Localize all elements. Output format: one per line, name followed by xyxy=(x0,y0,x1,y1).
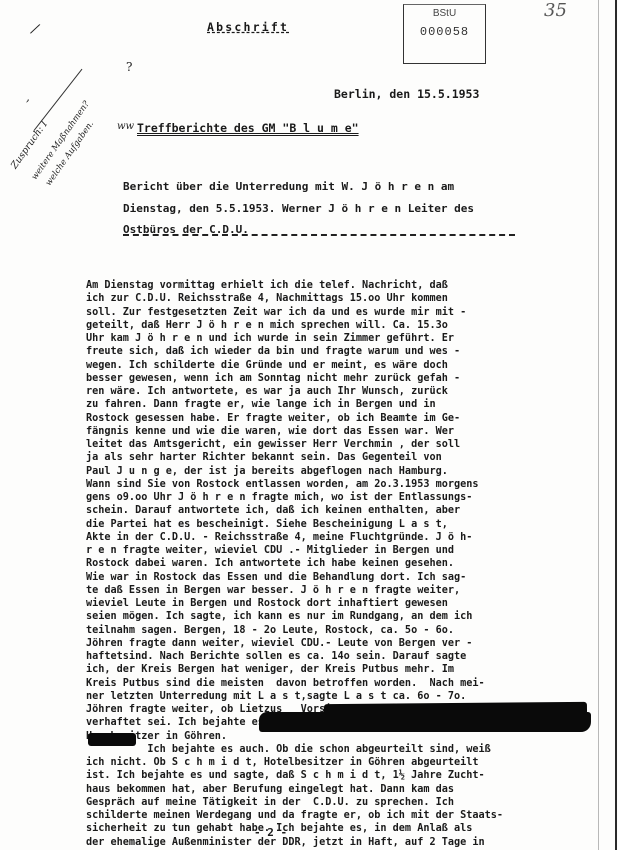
redaction-bar xyxy=(259,712,591,732)
body-line: haus bekommen hat, aber Berufung eingele… xyxy=(86,783,586,796)
body-line: seien mögen. Ich sagte, ich kann es nur … xyxy=(86,610,586,623)
report-body: Am Dienstag vormittag erhielt ich die te… xyxy=(86,279,586,849)
body-line: teilnahm sagen. Bergen, 18 - 2o Leute, R… xyxy=(86,624,586,637)
folio-number: 35 xyxy=(544,0,567,21)
redaction-bar xyxy=(88,733,136,746)
body-line: Kreis Putbus sind die meisten davon betr… xyxy=(86,677,586,690)
scan-edge-border xyxy=(615,0,617,850)
body-line: Am Dienstag vormittag erhielt ich die te… xyxy=(86,279,586,292)
document-header-title: Abschrift xyxy=(207,20,289,34)
dateline: Berlin, den 15.5.1953 xyxy=(334,87,479,101)
body-line: fängnis kenne und wie die waren, wie dor… xyxy=(86,425,586,438)
body-line: besser gewesen, wenn ich am Sonntag nich… xyxy=(86,372,586,385)
archive-stamp-number: 000058 xyxy=(404,25,485,39)
body-line: zu fahren. Dann fragte er, wie lange ich… xyxy=(86,398,586,411)
body-line: geteilt, daß Herr J ö h r e n mich sprec… xyxy=(86,319,586,332)
body-line: freute sich, daß ich wieder da bin und f… xyxy=(86,345,586,358)
body-line: Gespräch auf meine Tätigkeit in der C.D.… xyxy=(86,796,586,809)
body-line: r e n fragte weiter, wieviel CDU .- Mitg… xyxy=(86,544,586,557)
scan-edge-line xyxy=(598,0,599,850)
body-line: ich zur C.D.U. Reichsstraße 4, Nachmitta… xyxy=(86,292,586,305)
handwritten-initials: ww xyxy=(117,121,134,132)
handwritten-mark: , xyxy=(26,90,30,104)
report-heading: Bericht über die Unterredung mit W. J ö … xyxy=(123,176,474,241)
body-line: soll. Zur festgesetzten Zeit war ich da … xyxy=(86,306,586,319)
body-line: haftetsind. Nach Berichte sollen es ca. … xyxy=(86,650,586,663)
handwritten-question-mark: ? xyxy=(126,60,132,74)
body-line: Wann sind Sie von Rostock entlassen word… xyxy=(86,478,586,491)
handwritten-mark: / xyxy=(30,21,40,38)
body-line: wegen. Ich schilderte die Gründe und er … xyxy=(86,359,586,372)
body-line: ner letzten Unterredung mit L a s t,sagt… xyxy=(86,690,586,703)
body-line: schilderte meinen Werdegang und da fragt… xyxy=(86,809,586,822)
heading-rule xyxy=(123,234,515,236)
body-line: Ich bejahte es auch. Ob die schon abgeur… xyxy=(86,743,586,756)
body-line: Rostock gesessen habe. Er fragte weiter,… xyxy=(86,412,586,425)
document-page: / , ? Zuspruch: I weitere Maßnahmen? wel… xyxy=(0,0,618,850)
body-line: Wie war in Rostock das Essen und die Beh… xyxy=(86,571,586,584)
heading-line: Ostbüros der C.D.U. xyxy=(123,219,474,241)
body-line: ich nicht. Ob S c h m i d t, Hotelbesitz… xyxy=(86,756,586,769)
body-line: sicherheit zu tun gehabt habe. Ich bejah… xyxy=(86,822,586,835)
heading-line: Dienstag, den 5.5.1953. Werner J ö h r e… xyxy=(123,198,474,220)
body-line: Jöhren fragte dann weiter, wieviel CDU.-… xyxy=(86,637,586,650)
body-line: te daß Essen in Bergen war besser. J ö h… xyxy=(86,584,586,597)
heading-line: Bericht über die Unterredung mit W. J ö … xyxy=(123,176,474,198)
body-line: Uhr kam J ö h r e n und ich wurde in sei… xyxy=(86,332,586,345)
body-line: Akte in der C.D.U. - Reichsstraße 4, mei… xyxy=(86,531,586,544)
body-line: der ehemalige Außenminister der DDR, jet… xyxy=(86,836,586,849)
body-line: Rostock dabei waren. Ich antwortete ich … xyxy=(86,557,586,570)
body-line: leitet das Amtsgericht, ein gewisser Her… xyxy=(86,438,586,451)
report-subtitle: Treffberichte des GM "B l u m e" xyxy=(137,121,359,135)
body-line: ist. Ich bejahte es und sagte, daß S c h… xyxy=(86,769,586,782)
body-line: ich, der Kreis Bergen hat weniger, der K… xyxy=(86,663,586,676)
body-line: ren wäre. Ich antwortete, es war ja auch… xyxy=(86,385,586,398)
archive-stamp: BStU 000058 xyxy=(403,4,486,64)
body-line: gens o9.oo Uhr J ö h r e n fragte mich, … xyxy=(86,491,586,504)
body-line: ja als sehr harter Richter bekannt sein.… xyxy=(86,451,586,464)
archive-stamp-org: BStU xyxy=(404,8,485,19)
body-line: Paul J u n g e, der ist ja bereits abgef… xyxy=(86,465,586,478)
body-line: die Partei hat es bescheinigt. Siehe Bes… xyxy=(86,518,586,531)
body-line: wieviel Leute in Bergen und Rostock dort… xyxy=(86,597,586,610)
page-number: - 2 - xyxy=(254,826,287,839)
body-line: schein. Darauf antwortete ich, daß ich k… xyxy=(86,504,586,517)
